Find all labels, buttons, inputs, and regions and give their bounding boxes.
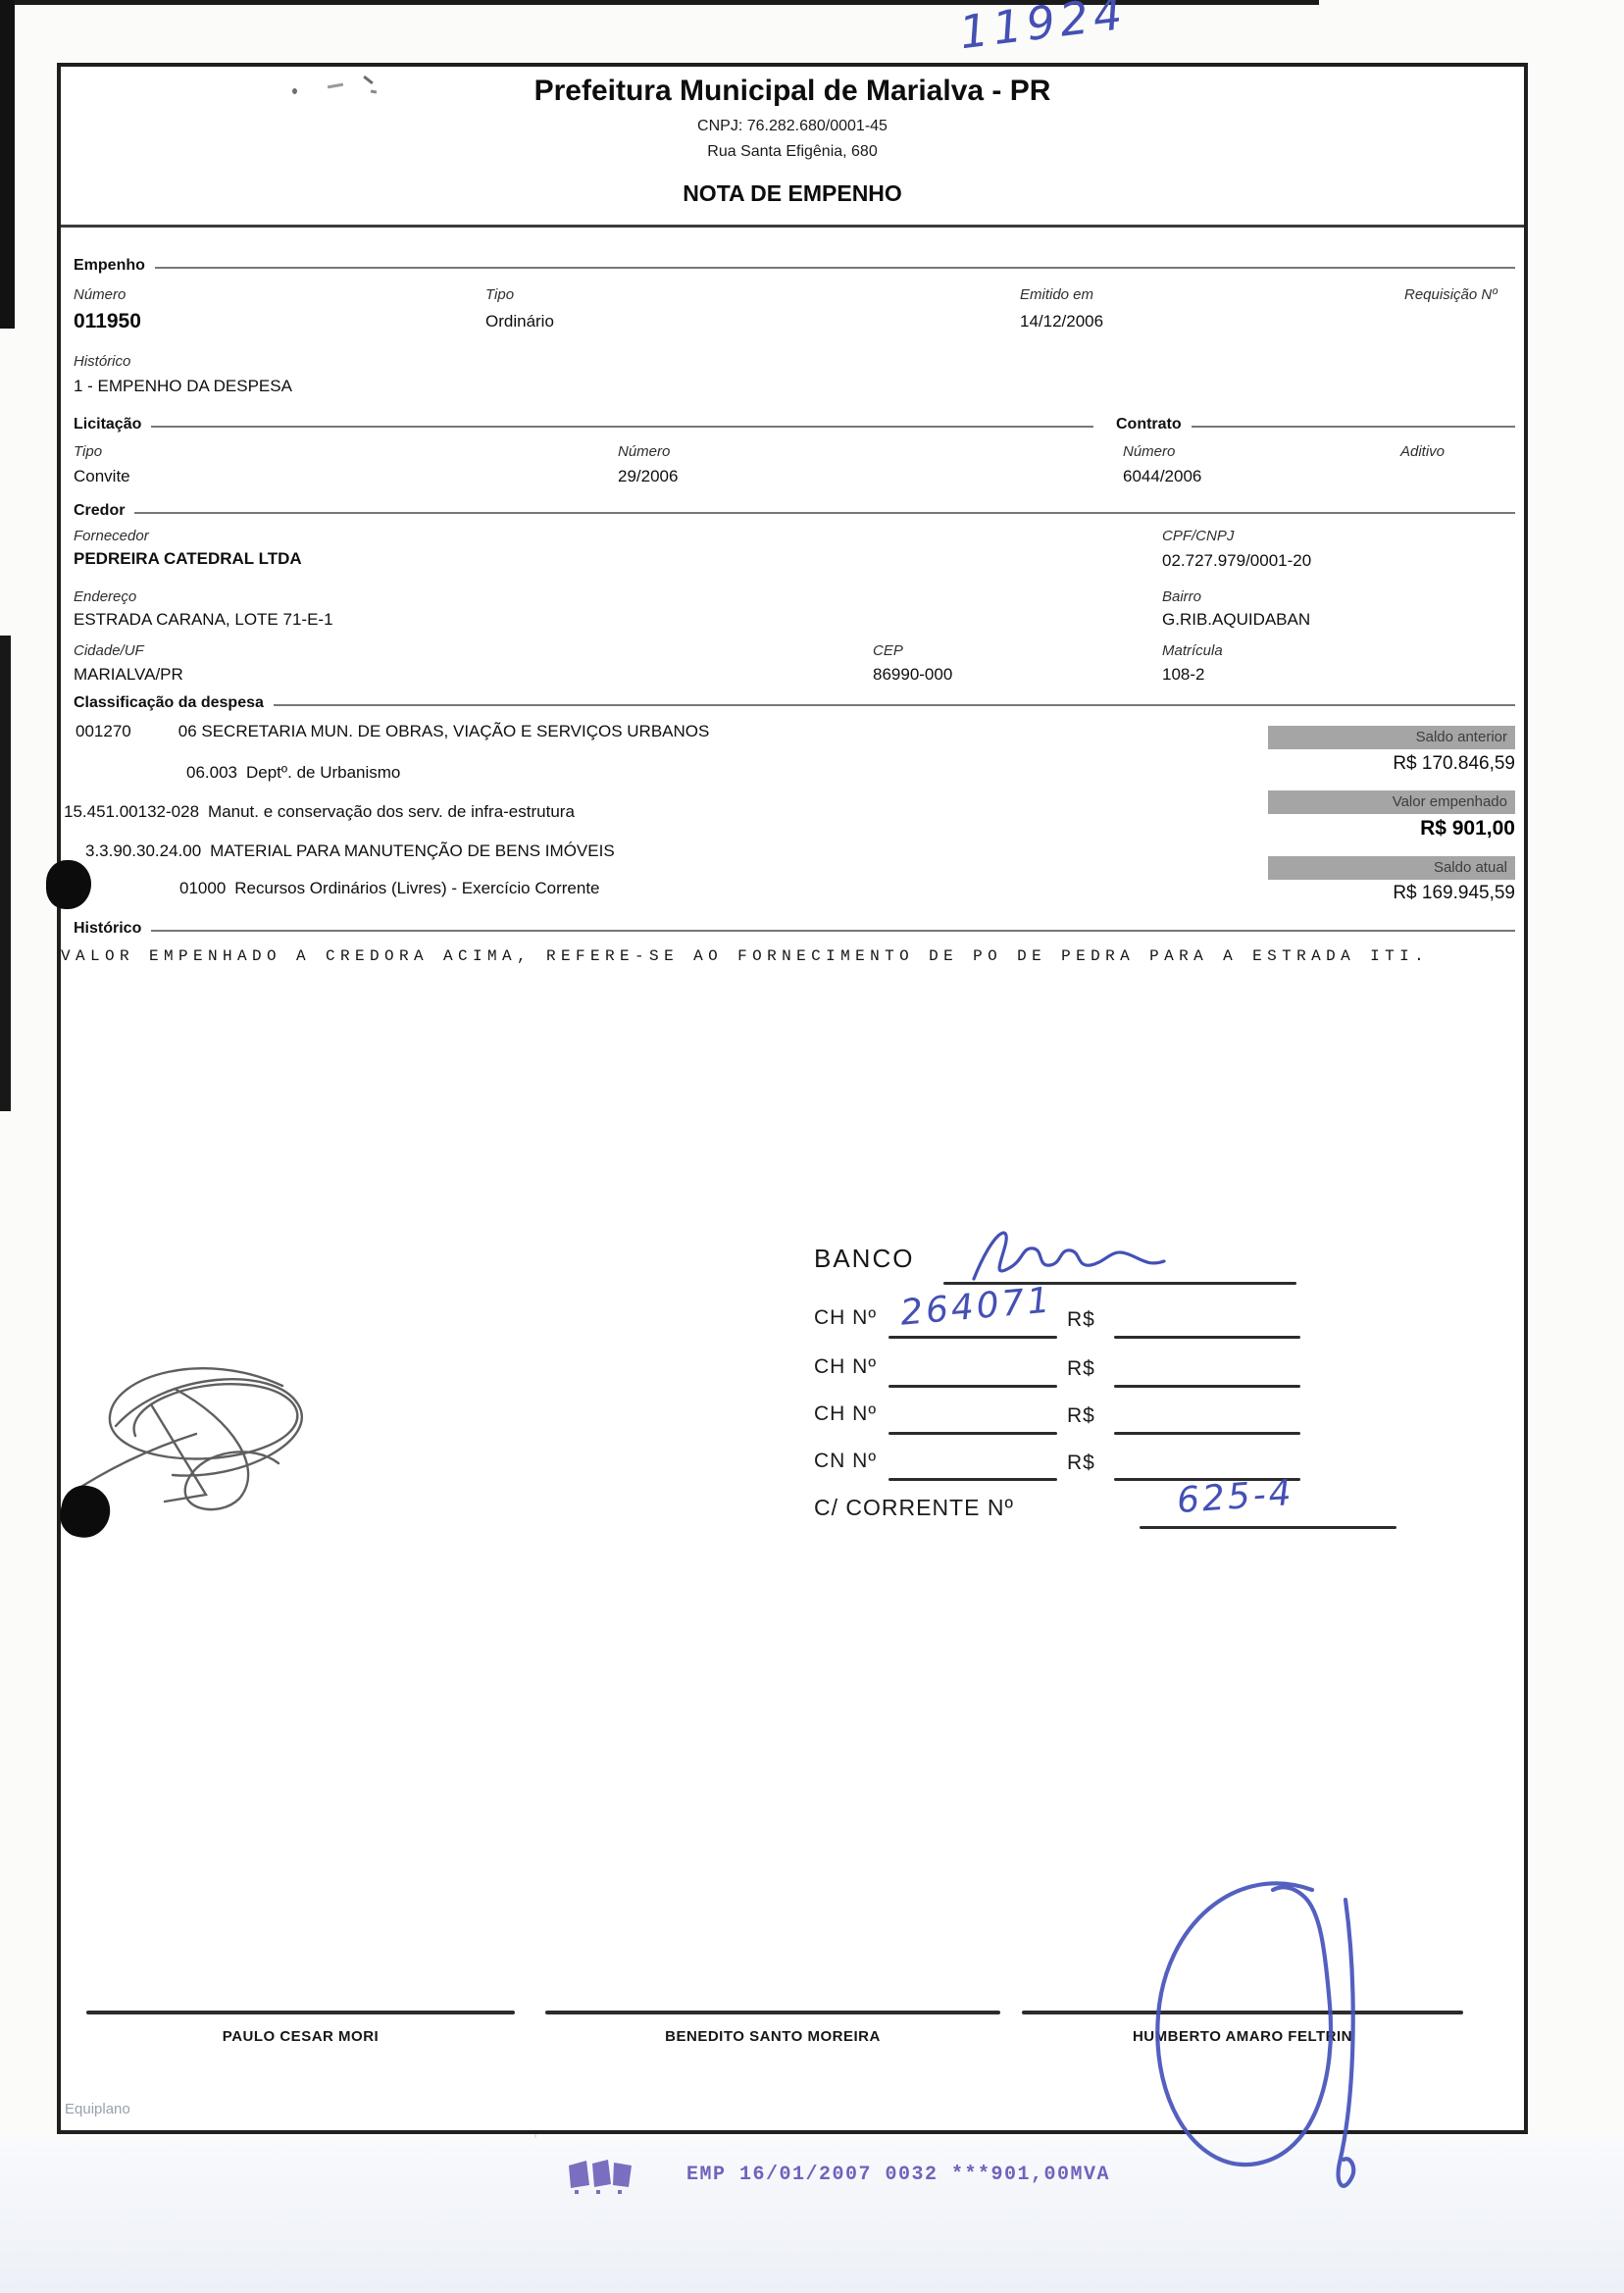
header-divider: [61, 225, 1524, 228]
handwritten-conta-corrente: 625-4: [1176, 1473, 1295, 1521]
section-classificacao-label: Classificação da despesa: [74, 694, 264, 712]
scan-edge-strip-top-left: [0, 0, 15, 329]
credor-endereco-label: Endereço: [74, 588, 136, 605]
licitacao-tipo-value: Convite: [74, 467, 130, 486]
org-title: Prefeitura Municipal de Marialva - PR: [57, 75, 1528, 108]
scan-edge-strip-mid-left: [0, 636, 11, 1111]
classificacao-row: 15.451.00132-028Manut. e conservação dos…: [64, 802, 575, 822]
handwritten-banco-scrawl: [966, 1218, 1177, 1287]
section-licitacao: Licitação: [74, 416, 1093, 433]
signatory-name: PAULO CESAR MORI: [86, 2028, 515, 2045]
empenho-tipo-label: Tipo: [485, 286, 514, 303]
empenho-tipo-value: Ordinário: [485, 312, 554, 331]
handwritten-signature: [1138, 1868, 1383, 2197]
empenho-emitido-label: Emitido em: [1020, 286, 1093, 303]
section-credor: Credor: [74, 502, 1515, 520]
cn-row-line: [888, 1478, 1057, 1481]
section-historico: Histórico: [74, 920, 1515, 938]
credor-fornecedor-label: Fornecedor: [74, 528, 149, 544]
rs-line: [1114, 1385, 1300, 1388]
ch-row-line: [888, 1385, 1057, 1388]
empenho-historico-value: 1 - EMPENHO DA DESPESA: [74, 377, 292, 396]
org-cnpj: CNPJ: 76.282.680/0001-45: [57, 118, 1528, 135]
empenho-requisicao-label: Requisição Nº: [1404, 286, 1497, 303]
classificacao-row: 00127006 SECRETARIA MUN. DE OBRAS, VIAÇÃ…: [76, 722, 709, 741]
empenho-numero-label: Número: [74, 286, 126, 303]
cn-row-label: CN Nº: [814, 1450, 877, 1473]
signature-line: [86, 2011, 515, 2014]
rs-label: R$: [1067, 1452, 1095, 1475]
handwritten-page-number: 11924: [956, 0, 1130, 59]
empenho-emitido-value: 14/12/2006: [1020, 312, 1103, 331]
credor-fornecedor-value: PEDREIRA CATEDRAL LTDA: [74, 549, 302, 569]
banco-label: BANCO: [814, 1244, 914, 1274]
rs-label: R$: [1067, 1308, 1095, 1332]
rs-line: [1114, 1432, 1300, 1435]
credor-bairro-value: G.RIB.AQUIDABAN: [1162, 610, 1310, 630]
valor-empenhado-value: R$ 901,00: [1268, 817, 1515, 841]
stamp-text: EMP 16/01/2007 0032 ***901,00MVA: [686, 2164, 1110, 2186]
credor-endereco-value: ESTRADA CARANA, LOTE 71-E-1: [74, 610, 333, 630]
stamp-logo-icon: [567, 2158, 637, 2197]
section-empenho: Empenho: [74, 257, 1515, 275]
signatory-name: BENEDITO SANTO MOREIRA: [545, 2028, 1000, 2045]
licitacao-tipo-label: Tipo: [74, 443, 102, 460]
ch-row-line: [888, 1432, 1057, 1435]
rs-label: R$: [1067, 1357, 1095, 1381]
credor-cep-value: 86990-000: [873, 665, 952, 685]
contrato-aditivo-label: Aditivo: [1400, 443, 1445, 460]
credor-cpfcnpj-label: CPF/CNPJ: [1162, 528, 1234, 544]
licitacao-numero-value: 29/2006: [618, 467, 678, 486]
credor-matricula-label: Matrícula: [1162, 642, 1223, 659]
saldo-anterior-bar: Saldo anterior: [1268, 726, 1515, 749]
doc-title: NOTA DE EMPENHO: [57, 180, 1528, 207]
classificacao-row: 06.003Deptº. de Urbanismo: [186, 763, 400, 783]
ch-row-line: [888, 1336, 1057, 1339]
rs-label: R$: [1067, 1404, 1095, 1428]
contrato-numero-value: 6044/2006: [1123, 467, 1201, 486]
credor-cidade-value: MARIALVA/PR: [74, 665, 183, 685]
conta-corrente-label: C/ CORRENTE Nº: [814, 1495, 1014, 1521]
contrato-numero-label: Número: [1123, 443, 1175, 460]
org-address: Rua Santa Efigênia, 680: [57, 143, 1528, 161]
valor-empenhado-bar: Valor empenhado: [1268, 790, 1515, 814]
section-credor-label: Credor: [74, 502, 125, 520]
conta-corrente-line: [1140, 1526, 1396, 1529]
rs-line: [1114, 1336, 1300, 1339]
section-contrato: Contrato: [1116, 416, 1515, 433]
credor-cep-label: CEP: [873, 642, 903, 659]
historico-text: VALOR EMPENHADO A CREDORA ACIMA, REFERE-…: [61, 947, 1429, 965]
document-frame: [57, 63, 1528, 2134]
saldo-atual-bar: Saldo atual: [1268, 856, 1515, 880]
credor-cidade-label: Cidade/UF: [74, 642, 144, 659]
section-contrato-label: Contrato: [1116, 416, 1182, 433]
classificacao-row: 3.3.90.30.24.00MATERIAL PARA MANUTENÇÃO …: [85, 841, 615, 861]
credor-bairro-label: Bairro: [1162, 588, 1201, 605]
empenho-historico-label: Histórico: [74, 353, 130, 370]
section-classificacao: Classificação da despesa: [74, 694, 1515, 712]
section-licitacao-label: Licitação: [74, 416, 141, 433]
saldo-anterior-value: R$ 170.846,59: [1268, 753, 1515, 775]
section-historico-label: Histórico: [74, 920, 141, 938]
ch-row-label: CH Nº: [814, 1355, 877, 1379]
saldo-atual-value: R$ 169.945,59: [1268, 883, 1515, 904]
empenho-numero-value: 011950: [74, 310, 141, 333]
licitacao-numero-label: Número: [618, 443, 670, 460]
classificacao-row: 01000Recursos Ordinários (Livres) - Exer…: [179, 879, 600, 898]
ch-row-label: CH Nº: [814, 1402, 877, 1426]
system-vendor-label: Equiplano: [65, 2101, 130, 2117]
section-empenho-label: Empenho: [74, 257, 145, 275]
credor-cpfcnpj-value: 02.727.979/0001-20: [1162, 551, 1311, 571]
signature-line: [545, 2011, 1000, 2014]
ch-row-label: CH Nº: [814, 1306, 877, 1330]
credor-matricula-value: 108-2: [1162, 665, 1204, 685]
